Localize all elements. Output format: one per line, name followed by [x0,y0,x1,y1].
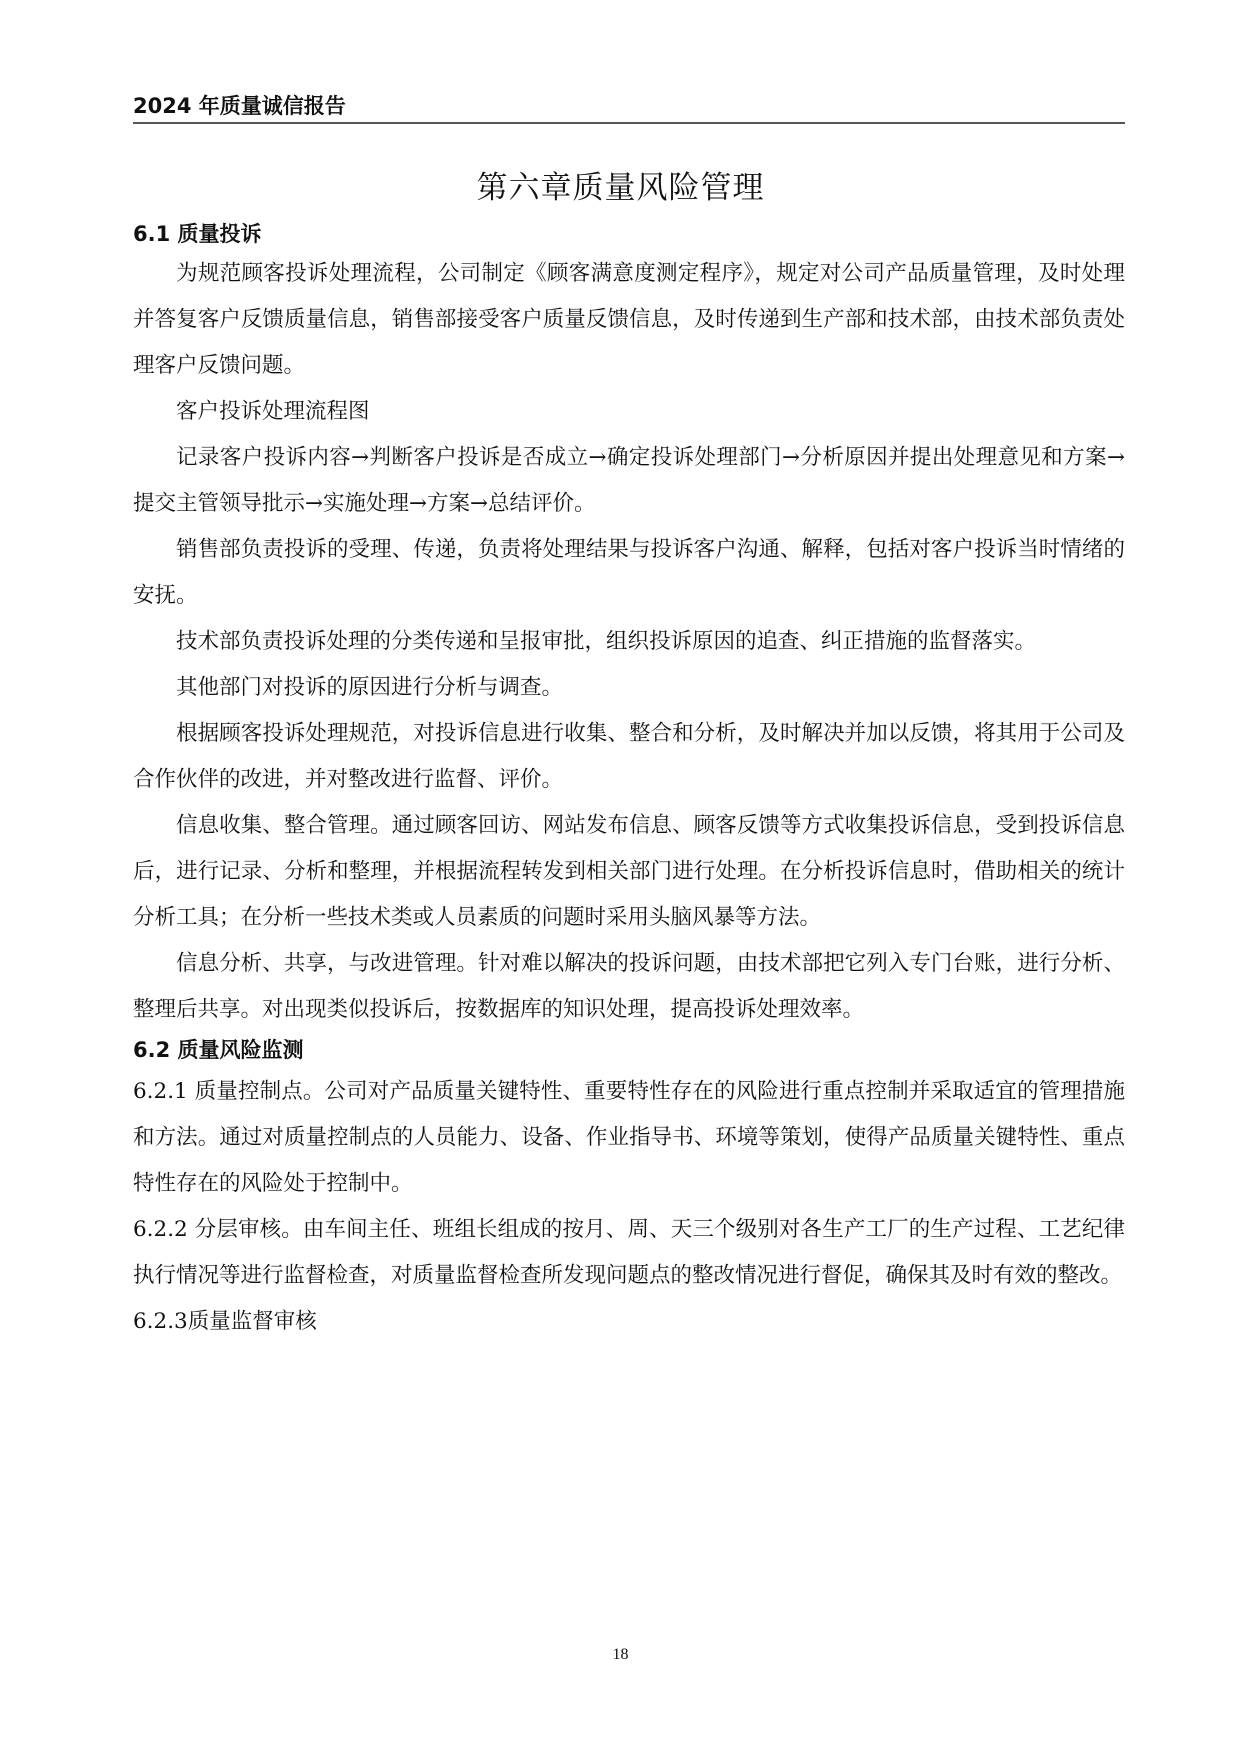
page-number: 18 [0,1646,1241,1664]
paragraph-flowchart-label: 客户投诉处理流程图 [133,389,1125,435]
paragraph-complaint-policy: 为规范顾客投诉处理流程，公司制定《顾客满意度测定程序》，规定对公司产品质量管理，… [133,251,1125,389]
paragraph-sales-dept: 销售部负责投诉的受理、传递，负责将处理结果与投诉客户沟通、解释，包括对客户投诉当… [133,527,1125,619]
paragraph-tech-dept: 技术部负责投诉处理的分类传递和呈报审批，组织投诉原因的追查、纠正措施的监督落实。 [133,619,1125,665]
paragraph-complaint-flow: 记录客户投诉内容→判断客户投诉是否成立→确定投诉处理部门→分析原因并提出处理意见… [133,435,1125,527]
chapter-title: 第六章质量风险管理 [0,162,1241,207]
section-heading-6-2: 6.2 质量风险监测 [133,1035,1125,1065]
paragraph-6-2-3-heading: 6.2.3质量监督审核 [133,1299,1125,1345]
document-body: 6.1 质量投诉 为规范顾客投诉处理流程，公司制定《顾客满意度测定程序》，规定对… [133,219,1125,1345]
paragraph-6-2-1-control-points: 6.2.1 质量控制点。公司对产品质量关键特性、重要特性存在的风险进行重点控制并… [133,1069,1125,1207]
paragraph-info-analysis: 信息分析、共享，与改进管理。针对难以解决的投诉问题，由技术部把它列入专门台账，进… [133,941,1125,1033]
paragraph-6-2-2-layered-audit: 6.2.2 分层审核。由车间主任、班组长组成的按月、周、天三个级别对各生产工厂的… [133,1207,1125,1299]
report-title: 2024 年质量诚信报告 [133,90,346,120]
page-header: 2024 年质量诚信报告 [133,88,1125,124]
paragraph-other-depts: 其他部门对投诉的原因进行分析与调查。 [133,665,1125,711]
paragraph-handling-norms: 根据顾客投诉处理规范，对投诉信息进行收集、整合和分析，及时解决并加以反馈，将其用… [133,711,1125,803]
paragraph-info-collection: 信息收集、整合管理。通过顾客回访、网站发布信息、顾客反馈等方式收集投诉信息，受到… [133,803,1125,941]
section-heading-6-1: 6.1 质量投诉 [133,219,1125,249]
